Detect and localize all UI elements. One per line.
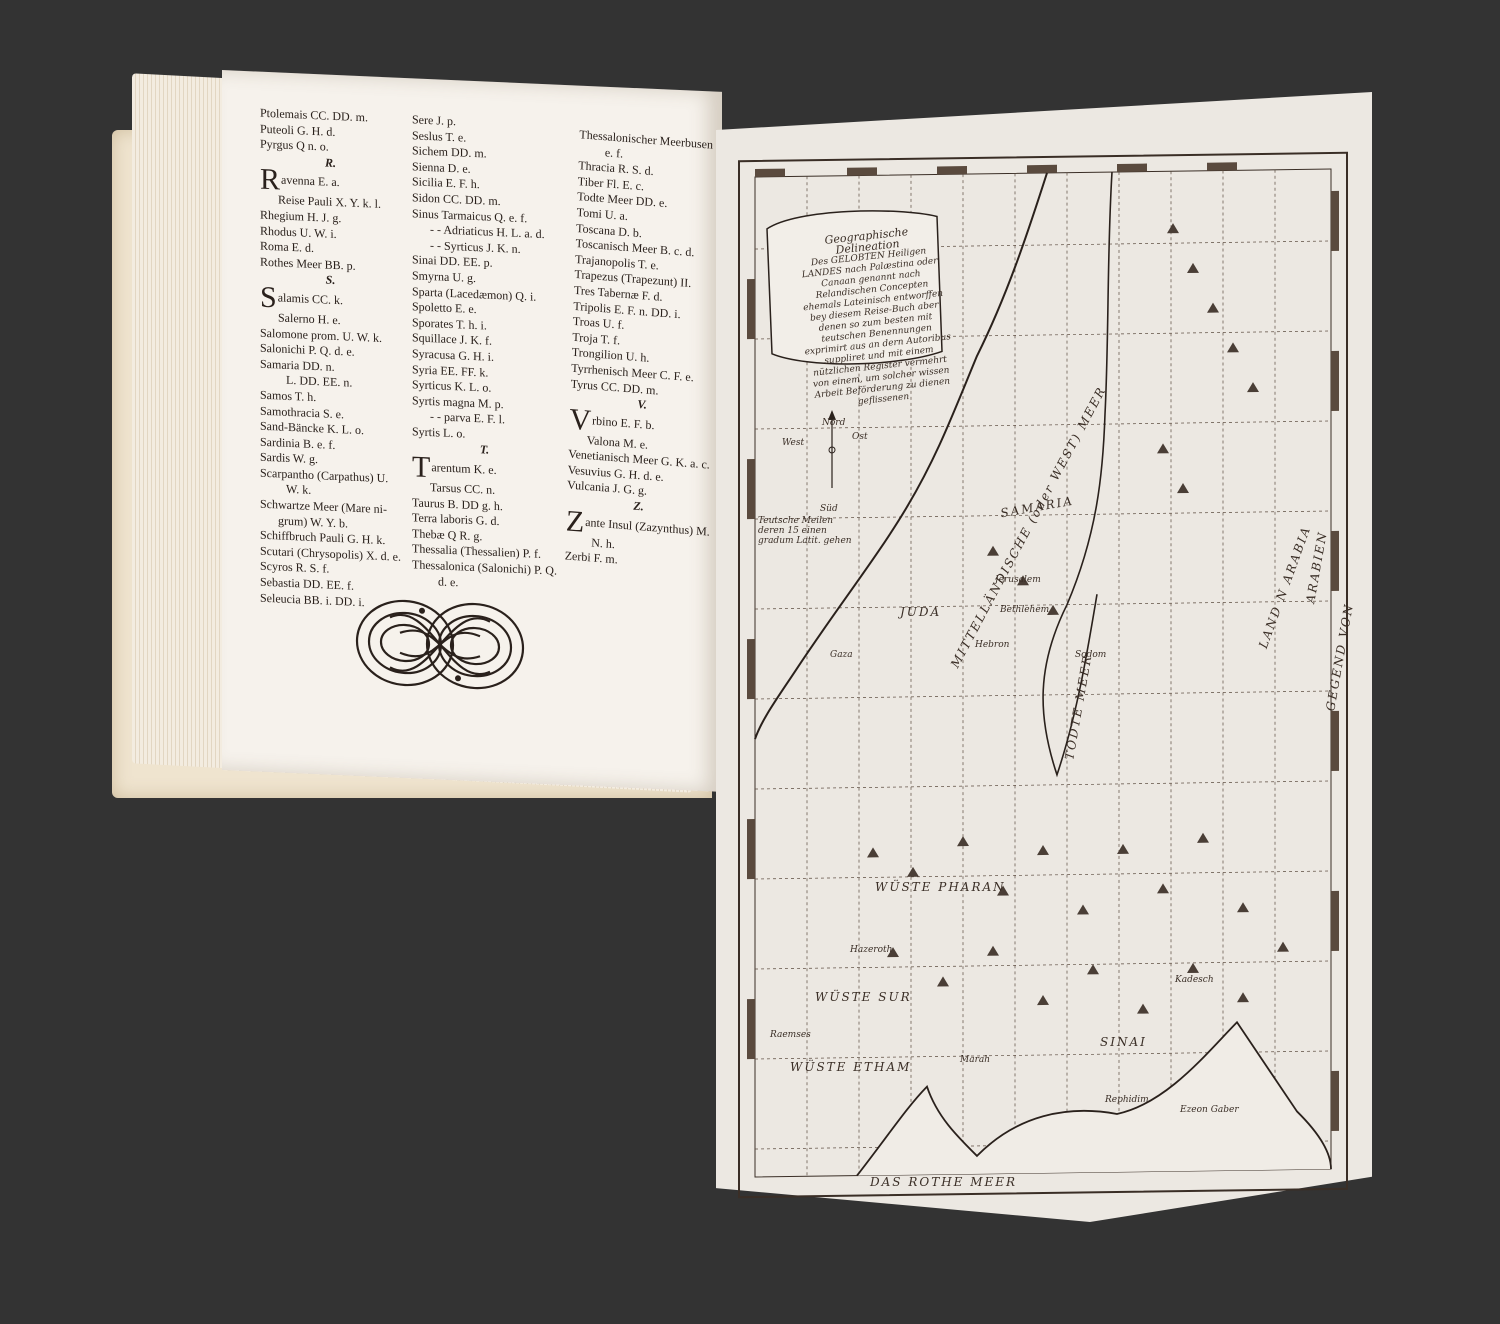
compass-east: Ost (852, 432, 868, 442)
calligraphic-knot-ornament-icon (350, 586, 530, 704)
map-place-label: Raemses (770, 1030, 811, 1040)
map-place-label: Gaza (830, 650, 853, 660)
map-place-label: WÜSTE SUR (815, 990, 912, 1004)
cartouche-body: Des GELOBTEN Heiligen LANDES nach Palæst… (801, 246, 951, 407)
compass-west: West (782, 438, 804, 448)
map-place-label: Rephidim (1105, 1095, 1149, 1105)
map-place-label: Jerusalem (995, 575, 1041, 585)
drop-capital: R (260, 163, 280, 197)
compass-north: Nord (822, 418, 845, 428)
map-place-label: SINAI (1100, 1035, 1147, 1049)
index-page: Ptolemais CC. DD. m.Puteoli G. H. d.Pyrg… (222, 70, 722, 792)
drop-capital: V (569, 402, 592, 437)
map-place-label: Sodom (1075, 650, 1106, 660)
map-scale-note: Teutsche Meilen deren 15 einen gradum La… (758, 516, 853, 546)
map-place-label: DAS ROTHE MEER (870, 1175, 1017, 1189)
index-column-3: Thessalonischer Meerbusene. f.Thracia R.… (564, 127, 723, 575)
drop-capital: Z (565, 504, 584, 538)
map-place-label: Kadesch (1175, 975, 1214, 985)
compass-south: Süd (820, 504, 838, 514)
map-place-label: WÜSTE PHARAN (875, 880, 1006, 894)
map-place-label: Hebron (975, 640, 1009, 650)
drop-capital: T (412, 450, 430, 484)
map-place-label: Marah (960, 1055, 990, 1065)
map-place-label: Bethlehem (1000, 605, 1049, 615)
map-cartouche: Geographische Delineation Des GELOBTEN H… (791, 223, 959, 414)
map-place-label: JUDA (900, 605, 941, 619)
map-place-label: Hazeroth (850, 945, 892, 955)
open-book: Ptolemais CC. DD. m.Puteoli G. H. d.Pyrg… (112, 70, 732, 800)
map-place-label: WÜSTE ETHAM (790, 1060, 911, 1074)
drop-capital: S (260, 281, 277, 315)
index-column-1: Ptolemais CC. DD. m.Puteoli G. H. d.Pyrg… (260, 106, 401, 612)
map-place-label: Ezeon Gaber (1180, 1105, 1239, 1115)
index-column-2: Sere J. p.Seslus T. e.Sichem DD. m.Sienn… (412, 112, 557, 595)
